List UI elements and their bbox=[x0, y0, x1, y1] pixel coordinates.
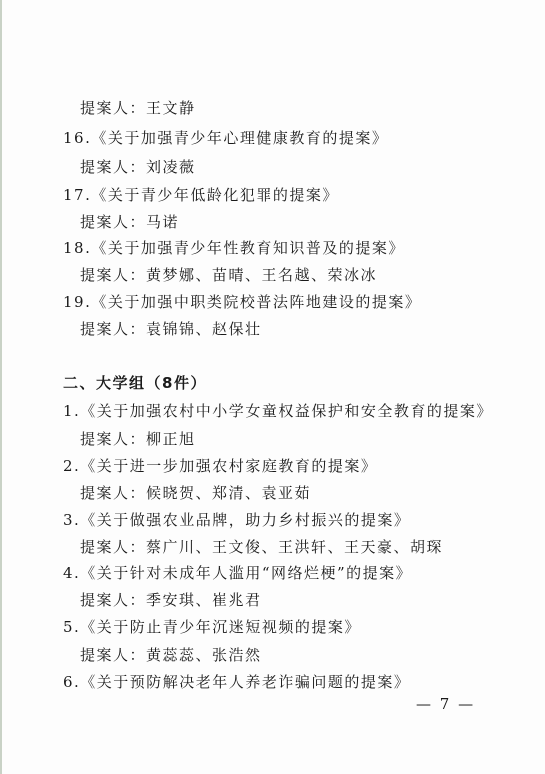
page-edge bbox=[0, 0, 2, 774]
proposal-title: 1.《关于加强农村中小学女童权益保护和安全教育的提案》 bbox=[63, 401, 493, 421]
proposal-title: 3.《关于做强农业品牌，助力乡村振兴的提案》 bbox=[63, 510, 410, 530]
proposer-line: 提案人：蔡广川、王文俊、王洪轩、王天豪、胡琛 bbox=[80, 537, 443, 557]
proposer-line: 提案人：马诺 bbox=[80, 212, 179, 232]
proposal-title: 19.《关于加强中职类院校普法阵地建设的提案》 bbox=[63, 292, 421, 312]
proposal-title: 18.《关于加强青少年性教育知识普及的提案》 bbox=[63, 238, 405, 258]
proposer-line: 提案人：刘凌薇 bbox=[80, 157, 196, 177]
proposer-line: 提案人：季安琪、崔兆君 bbox=[80, 590, 262, 610]
proposer-line: 提案人：王文静 bbox=[80, 98, 196, 118]
proposal-title: 4.《关于针对未成年人滥用“网络烂梗”的提案》 bbox=[63, 563, 412, 583]
page-number: — 7 — bbox=[416, 694, 475, 714]
proposal-title: 16.《关于加强青少年心理健康教育的提案》 bbox=[63, 128, 388, 148]
proposer-line: 提案人：黄蕊蕊、张浩然 bbox=[80, 645, 262, 665]
proposer-line: 提案人：袁锦锦、赵保壮 bbox=[80, 319, 262, 339]
proposer-line: 提案人：黄梦娜、苗晴、王名越、荣冰冰 bbox=[80, 265, 377, 285]
proposal-title: 2.《关于进一步加强农村家庭教育的提案》 bbox=[63, 456, 377, 476]
section-heading: 二、大学组（8件） bbox=[63, 373, 207, 393]
proposal-title: 17.《关于青少年低龄化犯罪的提案》 bbox=[63, 185, 339, 205]
proposal-title: 6.《关于预防解决老年人养老诈骗问题的提案》 bbox=[63, 672, 410, 692]
proposal-title: 5.《关于防止青少年沉迷短视频的提案》 bbox=[63, 617, 361, 637]
proposer-line: 提案人：候晓贺、郑清、袁亚茹 bbox=[80, 483, 311, 503]
proposer-line: 提案人：柳正旭 bbox=[80, 429, 196, 449]
